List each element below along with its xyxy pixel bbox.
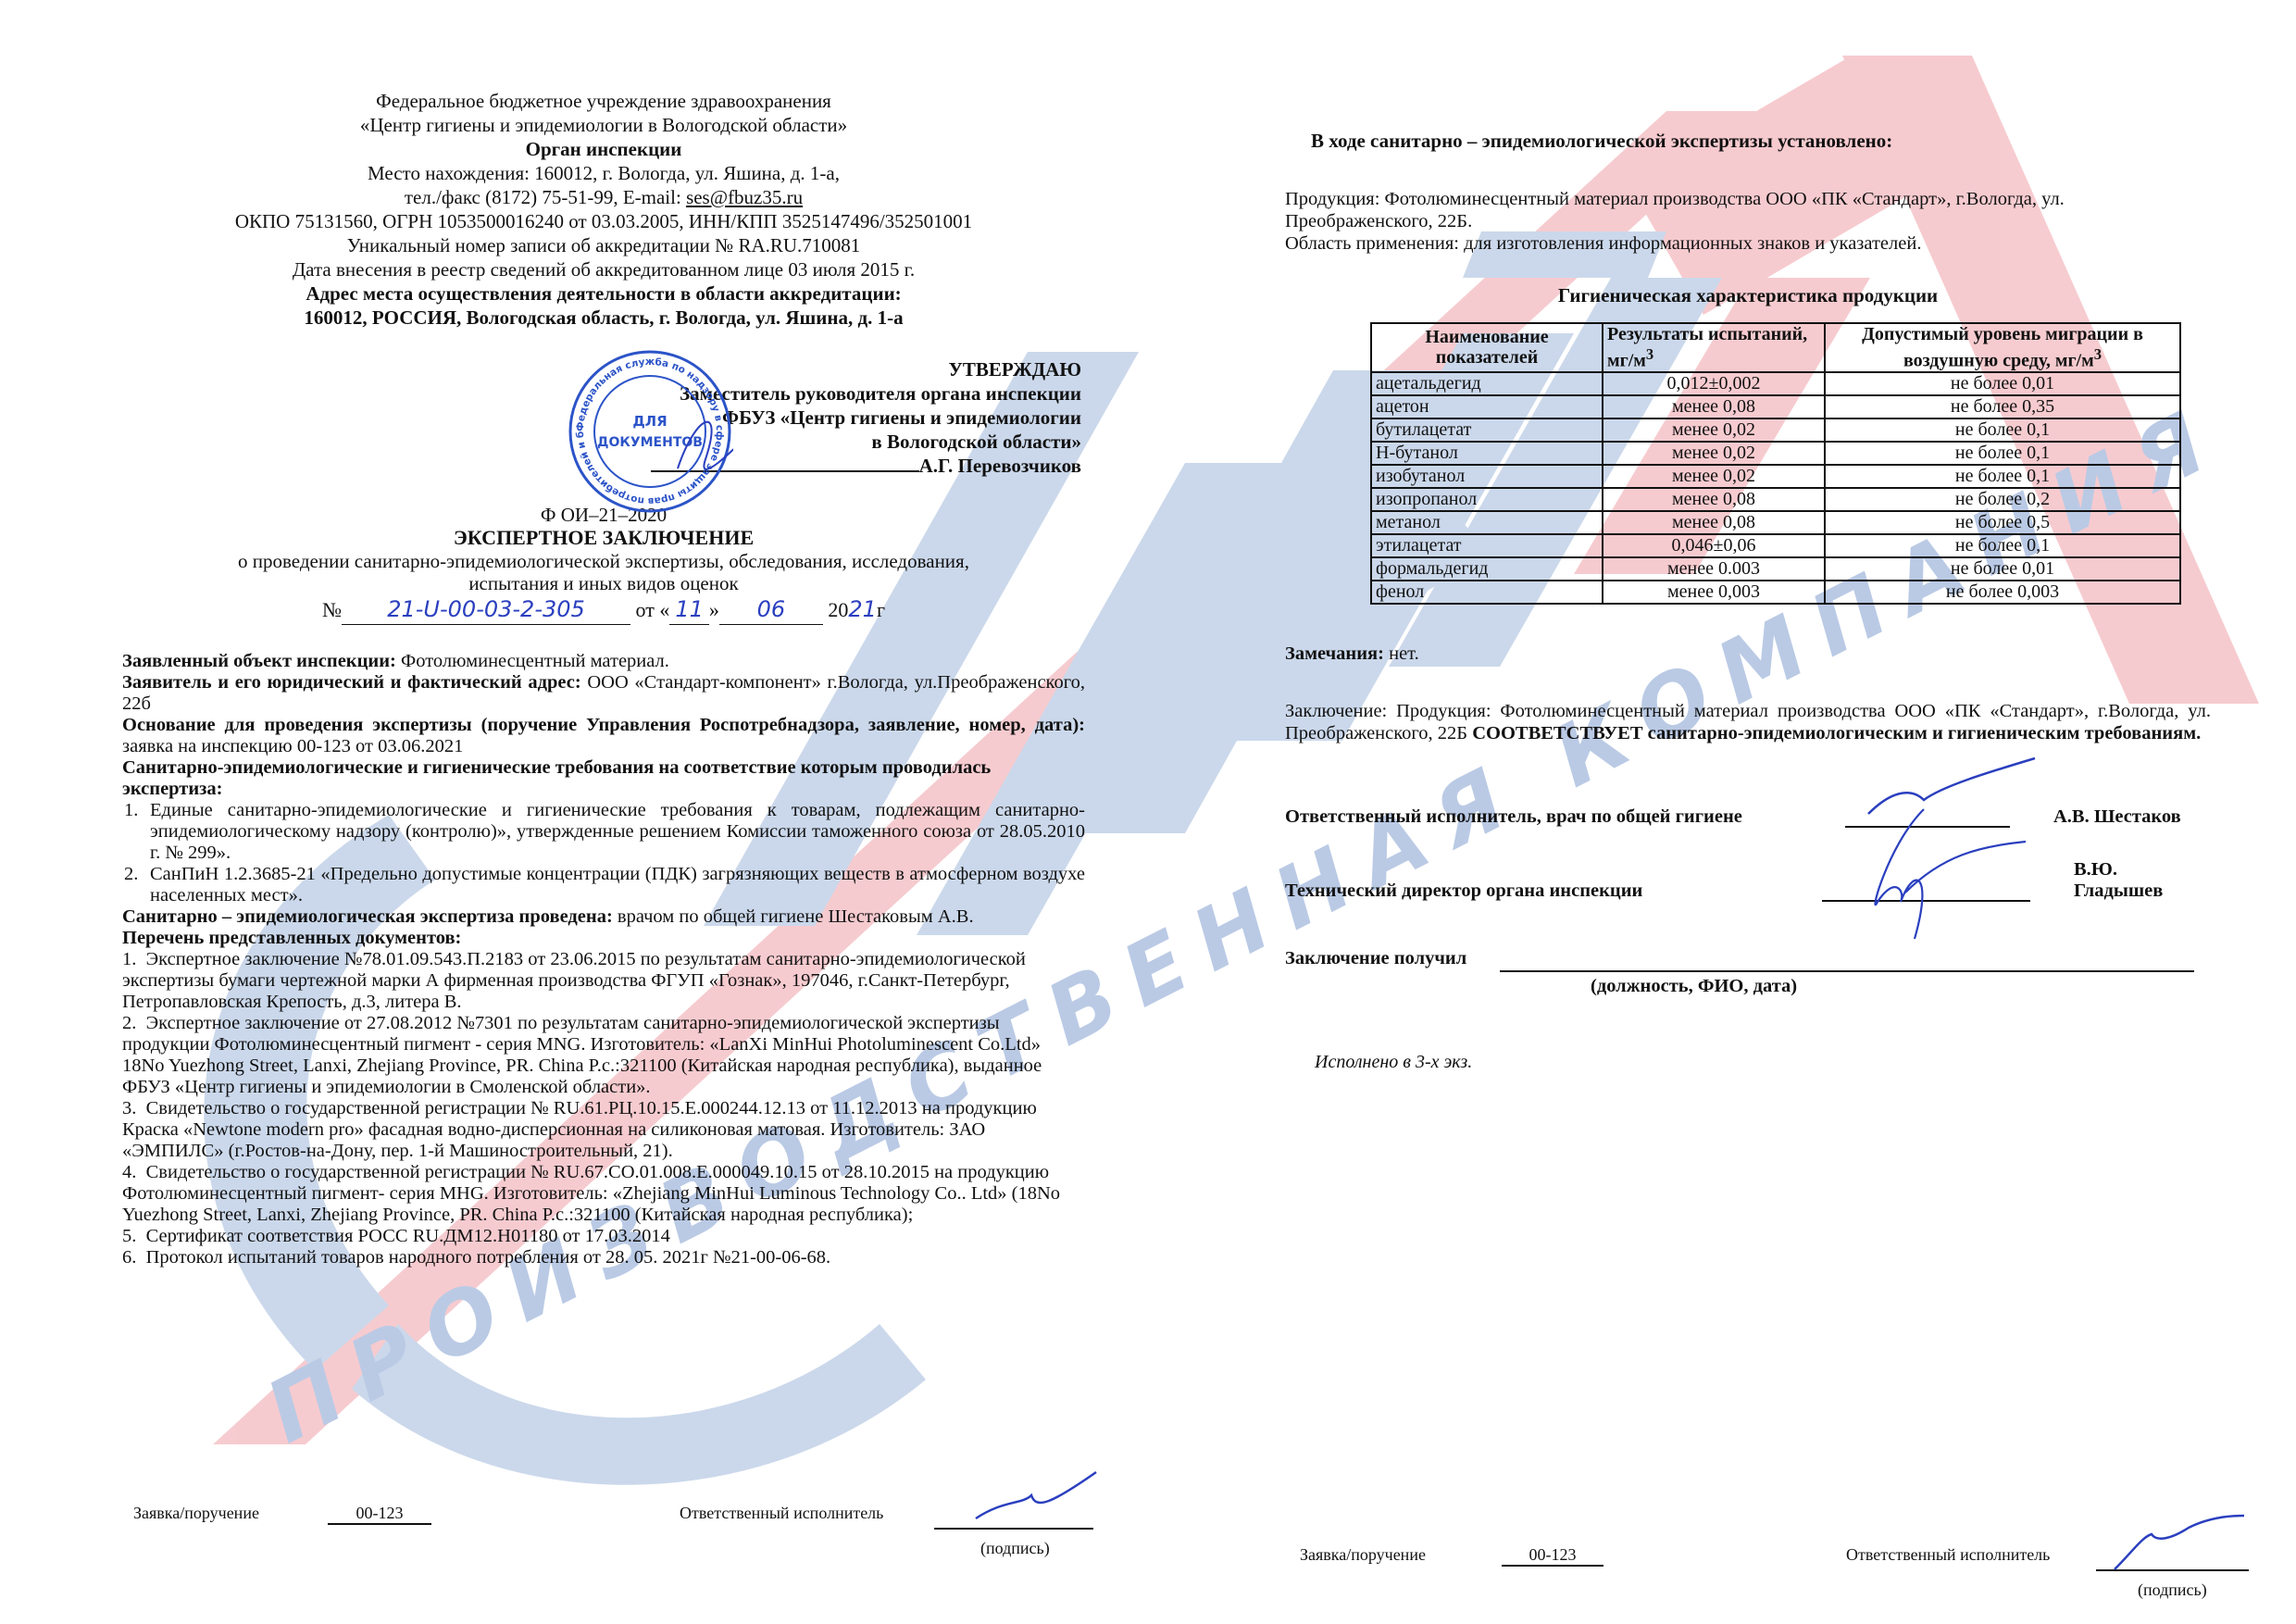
table-row: изопропанолменее 0,08не более 0,2 — [1371, 488, 2180, 511]
inspection-object: Заявленный объект инспекции: Фотолюминес… — [122, 651, 1085, 672]
document-title-block: Ф ОИ–21–2020 ЭКСПЕРТНОЕ ЗАКЛЮЧЕНИЕ о про… — [122, 504, 1085, 625]
list-item: 2.СанПиН 1.2.3685-21 «Предельно допустим… — [122, 864, 1085, 906]
signature-caption: (подпись) — [2138, 1580, 2207, 1600]
phone-text: тел./факс (8172) 75-51-99, E-mail: — [405, 186, 686, 208]
column-header-result: Результаты испытаний, мг/м3 — [1603, 323, 1825, 372]
org-line1: Федеральное бюджетное учреждение здравоо… — [122, 89, 1085, 113]
cell-limit: не более 0,01 — [1825, 372, 2180, 395]
established-heading: В ходе санитарно – эпидемиологической эк… — [1285, 130, 2211, 153]
hygiene-table: Наименование показателей Результаты испы… — [1370, 322, 2181, 605]
cell-result: менее 0,02 — [1603, 465, 1825, 488]
table-body: ацетальдегид0,012±0,002не более 0,01ацет… — [1371, 372, 2180, 604]
approver-name: А.Г. Перевозчиков — [919, 455, 1081, 477]
cell-name: ацетон — [1371, 395, 1603, 418]
application-text: Область применения: для изготовления инф… — [1285, 232, 2211, 255]
cell-limit: не более 0,01 — [1825, 557, 2180, 581]
registry-date: Дата внесения в реестр сведений об аккре… — [122, 257, 1085, 281]
table-row: этилацетат0,046±0,06не более 0,1 — [1371, 534, 2180, 557]
table-row: формальдегидменее 0.003не более 0,01 — [1371, 557, 2180, 581]
list-item: 4. Свидетельство о государственной регис… — [122, 1162, 1085, 1226]
documents-list: 1. Экспертное заключение №78.01.09.543.П… — [122, 949, 1085, 1268]
received-line — [1500, 970, 2194, 972]
left-page: Федеральное бюджетное учреждение здравоо… — [122, 89, 1085, 1268]
request-number: 00-123 — [1502, 1545, 1603, 1567]
conclusion: Заключение: Продукция: Фотолюминесцентны… — [1285, 700, 2211, 744]
cell-name: фенол — [1371, 581, 1603, 604]
cell-result: менее 0,003 — [1603, 581, 1825, 604]
received-caption: (должность, ФИО, дата) — [1591, 976, 1797, 997]
activity-address-label: Адрес места осуществления деятельности в… — [122, 281, 1085, 306]
list-item: 2. Экспертное заключение от 27.08.2012 №… — [122, 1013, 1085, 1098]
accreditation-number: Уникальный номер записи об аккредитации … — [122, 233, 1085, 257]
product-text: Продукция: Фотолюминесцентный материал п… — [1285, 188, 2211, 232]
received-block: Заключение получил (должность, ФИО, дата… — [1285, 939, 2211, 994]
date-from: от « — [636, 598, 670, 621]
cell-name: ацетальдегид — [1371, 372, 1603, 395]
cell-result: 0,012±0,002 — [1603, 372, 1825, 395]
requirements-list: 1.Единые санитарно-эпидемиологические и … — [122, 800, 1085, 906]
org-codes: ОКПО 75131560, ОГРН 1053500016240 от 03.… — [122, 209, 1085, 233]
signature-scribble-icon — [2105, 1514, 2272, 1579]
table-title: Гигиеническая характеристика продукции — [1285, 284, 2211, 307]
inspection-details: Заявленный объект инспекции: Фотолюминес… — [122, 651, 1085, 1268]
signature-row-executor: Ответственный исполнитель, врач по общей… — [1285, 781, 2211, 837]
copies-note: Исполнено в 3-х экз. — [1285, 1052, 2211, 1073]
document-number-line: №21-U-00-03-2-305 от «11»06 2021г — [122, 594, 1085, 625]
list-item: 3. Свидетельство о государственной регис… — [122, 1098, 1085, 1162]
left-footer: Заявка/поручение 00-123 Ответственный ис… — [133, 1491, 1115, 1565]
email-link[interactable]: ses@fbuz35.ru — [686, 186, 803, 208]
request-label: Заявка/поручение — [1300, 1545, 1426, 1565]
cell-limit: не более 0,2 — [1825, 488, 2180, 511]
signature-row-director: Технический директор органа инспекции В.… — [1285, 856, 2211, 911]
cell-result: менее 0,08 — [1603, 511, 1825, 534]
cell-result: менее 0,02 — [1603, 418, 1825, 442]
cell-result: менее 0,08 — [1603, 488, 1825, 511]
cell-name: метанол — [1371, 511, 1603, 534]
cell-name: этилацетат — [1371, 534, 1603, 557]
request-label: Заявка/поручение — [133, 1504, 259, 1523]
date-month: 06 — [719, 594, 823, 625]
cell-result: менее 0,02 — [1603, 442, 1825, 465]
table-row: ацетальдегид0,012±0,002не более 0,01 — [1371, 372, 2180, 395]
table-row: ацетонменее 0,08не более 0,35 — [1371, 395, 2180, 418]
right-footer: Заявка/поручение 00-123 Ответственный ис… — [1300, 1532, 2281, 1606]
list-item: 5. Сертификат соответствия РОСС RU.ДМ12.… — [122, 1226, 1085, 1247]
org-header: Федеральное бюджетное учреждение здравоо… — [122, 89, 1085, 330]
right-page: В ходе санитарно – эпидемиологической эк… — [1285, 130, 2211, 1073]
org-location: Место нахождения: 160012, г. Вологда, ул… — [122, 161, 1085, 185]
signatures-block: Ответственный исполнитель, врач по общей… — [1285, 781, 2211, 911]
document-subtitle1: о проведении санитарно-эпидемиологическо… — [122, 550, 1085, 572]
column-header-name: Наименование показателей — [1371, 323, 1603, 372]
date-mid: » — [709, 598, 719, 621]
applicant: Заявитель и его юридический и фактически… — [122, 672, 1085, 715]
activity-address: 160012, РОССИЯ, Вологодская область, г. … — [122, 306, 1085, 330]
received-label: Заключение получил — [1285, 948, 1466, 969]
executor-label: Ответственный исполнитель — [680, 1504, 883, 1523]
signature-scribble-icon — [948, 1454, 1115, 1528]
year-prefix: 20 — [828, 598, 848, 621]
round-stamp-icon: Федеральная служба по надзору в сфере за… — [567, 348, 733, 515]
cell-limit: не более 0,1 — [1825, 465, 2180, 488]
document-title: ЭКСПЕРТНОЕ ЗАКЛЮЧЕНИЕ — [122, 526, 1085, 550]
executor-label: Ответственный исполнитель — [1846, 1545, 2050, 1565]
cell-result: менее 0,08 — [1603, 395, 1825, 418]
request-number: 00-123 — [328, 1504, 431, 1525]
year-suffix: 21 — [848, 594, 877, 624]
cell-name: изобутанол — [1371, 465, 1603, 488]
org-line2: «Центр гигиены и эпидемиологии в Вологод… — [122, 113, 1085, 137]
cell-limit: не более 0,1 — [1825, 442, 2180, 465]
cell-limit: не более 0,1 — [1825, 418, 2180, 442]
table-row: бутилацетатменее 0,02не более 0,1 — [1371, 418, 2180, 442]
cell-name: изопропанол — [1371, 488, 1603, 511]
table-row: изобутанолменее 0,02не более 0,1 — [1371, 465, 2180, 488]
cell-name: формальдегид — [1371, 557, 1603, 581]
table-row: фенолменее 0,003не более 0,003 — [1371, 581, 2180, 604]
number-sign: № — [322, 598, 342, 621]
date-day: 11 — [669, 594, 709, 625]
column-header-limit: Допустимый уровень миграции в воздушную … — [1825, 323, 2180, 372]
list-item: 6. Протокол испытаний товаров народного … — [122, 1247, 1085, 1268]
document-subtitle2: испытания и иных видов оценок — [122, 572, 1085, 594]
remarks: Замечания: нет. — [1285, 643, 2211, 665]
cell-result: 0,046±0,06 — [1603, 534, 1825, 557]
performed-by: Санитарно – эпидемиологическая экспертиз… — [122, 906, 1085, 928]
cell-limit: не более 0,35 — [1825, 395, 2180, 418]
basis: Основание для проведения экспертизы (пор… — [122, 715, 1085, 757]
table-header-row: Наименование показателей Результаты испы… — [1371, 323, 2180, 372]
list-item: 1. Экспертное заключение №78.01.09.543.П… — [122, 949, 1085, 1013]
product-description: Продукция: Фотолюминесцентный материал п… — [1285, 188, 2211, 255]
cell-name: Н-бутанол — [1371, 442, 1603, 465]
executor-signature-line — [934, 1528, 1093, 1530]
svg-text:ДЛЯ: ДЛЯ — [632, 413, 667, 430]
cell-result: менее 0.003 — [1603, 557, 1825, 581]
body-title: Орган инспекции — [122, 137, 1085, 161]
cell-limit: не более 0,1 — [1825, 534, 2180, 557]
table-row: метанолменее 0,08не более 0,5 — [1371, 511, 2180, 534]
year-end: г — [877, 598, 885, 621]
cell-limit: не более 0,003 — [1825, 581, 2180, 604]
approval-block: Федеральная служба по надзору в сфере за… — [122, 357, 1085, 478]
table-row: Н-бутанолменее 0,02не более 0,1 — [1371, 442, 2180, 465]
cell-name: бутилацетат — [1371, 418, 1603, 442]
cell-limit: не более 0,5 — [1825, 511, 2180, 534]
signature-caption: (подпись) — [980, 1539, 1050, 1558]
requirements-label: Санитарно-эпидемиологические и гигиениче… — [122, 757, 1085, 800]
documents-label: Перечень представленных документов: — [122, 928, 1085, 949]
signature-scribble-icon — [1850, 800, 2035, 948]
org-contacts: тел./факс (8172) 75-51-99, E-mail: ses@f… — [122, 185, 1085, 209]
list-item: 1.Единые санитарно-эпидемиологические и … — [122, 800, 1085, 864]
document-number: 21-U-00-03-2-305 — [342, 594, 630, 625]
